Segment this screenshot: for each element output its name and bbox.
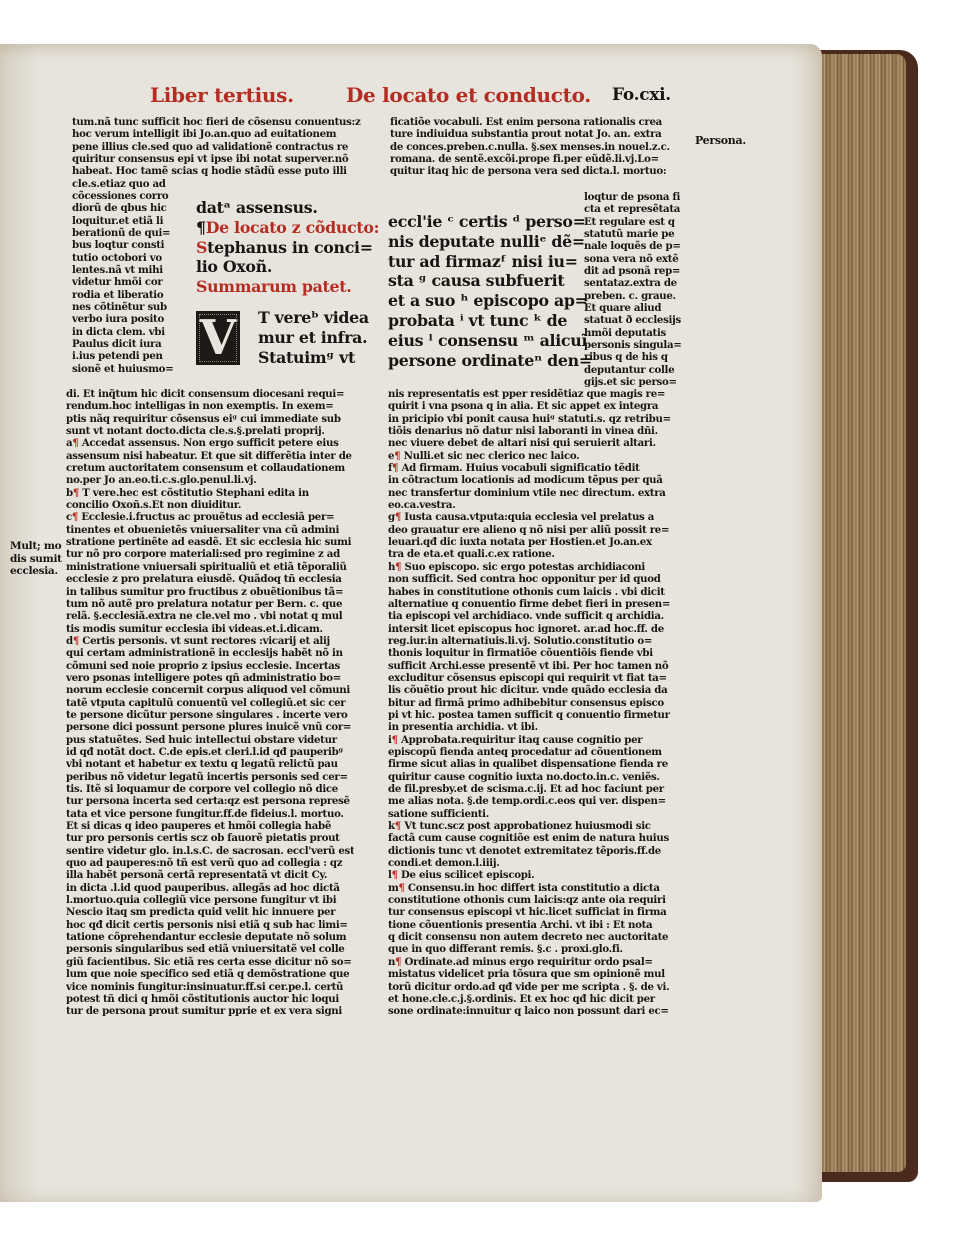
red-paragraph-mark-icon: ¶ (395, 511, 404, 523)
commentary-text: Consensu.in hoc differt ista constitutio… (408, 882, 660, 894)
commentary-line: ptis nãq requiritur cõsensus eiᵍ cui imm… (66, 413, 354, 425)
commentary-line: reg.iur.in alternatiuis.li.vj. Solutio.c… (388, 635, 671, 647)
commentary-line: cõmuni sed noie proprio z ipsius ecclesi… (66, 660, 354, 672)
commentary-line: in pricipio vbi ponit causa huiᵍ statuti… (388, 413, 671, 425)
commentary-left-column: di. Et inq̃tum hic dicit consensum dioce… (66, 388, 354, 1018)
commentary-line: firme sicut alias in qualibet dispensati… (388, 758, 671, 770)
gloss-line: cta et represẽtata (584, 203, 682, 215)
margin-note-line: Mult; mo (10, 540, 62, 553)
gloss-line: preben. c. graue. (584, 290, 682, 302)
commentary-line: tiõis denarius nõ datur nisi laboranti i… (388, 425, 671, 437)
commentary-text: Certis personis. vt sunt rectores :vicar… (82, 635, 330, 647)
main-text-after-initial: T vereᵇ videa mur et infra. Statuimᵍ vt (258, 308, 369, 367)
commentary-line: tione cõuentionis presentia Archi. vt ib… (388, 919, 671, 931)
commentary-text: Accedat assensus. Non ergo sufficit pete… (82, 437, 339, 449)
commentary-line: factã cum cause cognitiõe est enim de na… (388, 832, 671, 844)
commentary-line: peribus nõ videtur legatũ incertis perso… (66, 771, 354, 783)
commentary-line: illa habẽt personã certã representatã vt… (66, 869, 354, 881)
commentary-line: b¶ T vere.hec est cõstitutio Stephani ed… (66, 487, 354, 499)
commentary-text: Nulli.et sic nec clerico nec laico. (404, 450, 580, 462)
gloss-line: hoc verum intelligit ibi Jo.an.quo ad eu… (72, 128, 361, 140)
folio-number: Fo.cxi. (612, 82, 671, 108)
commentary-line: tatione cõprehendantur ecclesie deputate… (66, 931, 354, 943)
commentary-line: sunt vt notant docto.dicta cle.s.§.prela… (66, 425, 354, 437)
gloss-reference-letter: b (66, 487, 73, 499)
red-paragraph-mark-icon: ¶ (392, 734, 401, 746)
gloss-line: quitur itaq hic de persona vera sed dict… (390, 165, 670, 177)
commentary-line: tur pro personis certis scz ob fauorẽ pi… (66, 832, 354, 844)
text-line: eius ˡ consensu ᵐ alicuĩ (388, 331, 592, 351)
commentary-line: nis representatis est pper residẽtiaz qu… (388, 388, 671, 400)
commentary-line: non sufficit. Sed contra hoc opponitur p… (388, 573, 671, 585)
commentary-line: tis. Itẽ si loquamur de corpore vel coll… (66, 783, 354, 795)
gloss-line: habeat. Hoc tamẽ scias q hodie stãdũ ess… (72, 165, 361, 177)
text-line: lio Oxoñ. (196, 257, 379, 277)
gloss-line: ficatiõe vocabuli. Est enim persona rati… (390, 116, 670, 128)
commentary-line: giũ facientibus. Sic etiã res certa esse… (66, 956, 354, 968)
gloss-line: rodia et liberatio (72, 289, 173, 301)
commentary-line: l.mortuo.quia collegiũ vice persone fung… (66, 894, 354, 906)
commentary-text: Ad firmam. Huius vocabuli significatio t… (402, 462, 640, 474)
commentary-line: stratione pertinẽte ad easdẽ. Et sic ecc… (66, 536, 354, 548)
commentary-line: norum ecclesie concernit corpus aliquod … (66, 684, 354, 696)
red-paragraph-mark-icon: ¶ (392, 869, 401, 881)
text-line: sta ᵍ causa subfuerit (388, 271, 592, 291)
commentary-line: id qđ notãt doct. C.de epis.et cleri.l.i… (66, 746, 354, 758)
commentary-line: n¶ Ordinate.ad minus ergo requiritur ord… (388, 956, 671, 968)
commentary-line: lum que noie specifico sed etiã q demõst… (66, 968, 354, 980)
commentary-line: f¶ Ad firmam. Huius vocabuli significati… (388, 462, 671, 474)
commentary-line: vice nominis fungitur:insinuatur.ff.si c… (66, 981, 354, 993)
gloss-line: gijs.et sic perso= (584, 376, 682, 388)
commentary-line: c¶ Ecclesie.i.fructus ac prouẽtus ad ecc… (66, 511, 354, 523)
decorated-initial-v: V (193, 308, 243, 368)
commentary-line: e¶ Nulli.et sic nec clerico nec laico. (388, 450, 671, 462)
text-line: mur et infra. (258, 328, 369, 348)
summary-rubric: Summarum patet. (196, 277, 379, 297)
commentary-line: g¶ Iusta causa.vtputa:quia ecclesia vel … (388, 511, 671, 523)
red-paragraph-mark-icon: ¶ (72, 511, 81, 523)
commentary-line: in dicta .l.id quod pauperibus. allegãs … (66, 882, 354, 894)
commentary-line: intersit licet episcopus hoc ignoret. ar… (388, 623, 671, 635)
red-paragraph-mark-icon: ¶ (395, 956, 404, 968)
gloss-line: ture indiuidua substantia prout notat Jo… (390, 128, 670, 140)
commentary-line: et hone.cle.c.j.§.ordinis. Et ex hoc qđ … (388, 993, 671, 1005)
commentary-text: Iusta causa.vtputa:quia ecclesia vel pre… (404, 511, 654, 523)
text-line: tur ad firmazᶠ nisi iu= (388, 252, 592, 272)
commentary-line: quirit i vna psona q in alia. Et sic app… (388, 400, 671, 412)
commentary-line: cretum auctoritatem consensum et collaud… (66, 462, 354, 474)
commentary-line: tata et vice persone fungitur.ff.de fide… (66, 808, 354, 820)
commentary-line: eo.ca.vestra. (388, 499, 671, 511)
commentary-line: k¶ Vt tunc.scz post approbationez huiusm… (388, 820, 671, 832)
red-paragraph-mark-icon: ¶ (72, 437, 81, 449)
gloss-line: cõcessiones corro (72, 190, 173, 202)
commentary-line: habes in constitutione othonis cum laici… (388, 586, 671, 598)
commentary-line: tur persona incerta sed certa:qz est per… (66, 795, 354, 807)
commentary-line: Nescio itaq sm predicta quid velit hic i… (66, 906, 354, 918)
commentary-line: sone ordinate:innuitur q laico non possu… (388, 1005, 671, 1017)
commentary-line: potest tñ dici q hmõi cõstitutionis auct… (66, 993, 354, 1005)
commentary-line: in cõtractum locationis ad modicum tẽpus… (388, 474, 671, 486)
margin-note-line: ecclesia. (10, 565, 62, 578)
gloss-line: lentes.nã vt mihi (72, 264, 173, 276)
commentary-line: hoc qđ dicit certis personis nisi etiã q… (66, 919, 354, 931)
initial-ornament (199, 314, 237, 362)
commentary-text: Approbata.requiritur itaq cause cognitio… (401, 734, 642, 746)
rubric-title-line: ¶De locato z cõducto: (196, 218, 379, 238)
commentary-text: Vt tunc.scz post approbationez huiusmodi… (404, 820, 650, 832)
gloss-line: berationũ de qui= (72, 227, 173, 239)
commentary-line: de fil.presby.et de scisma.c.ij. Et ad h… (388, 783, 671, 795)
commentary-line: qui certam administrationẽ in ecclesijs … (66, 647, 354, 659)
gloss-line: in dicta clem. vbi (72, 326, 173, 338)
text-line: nis deputate nulliᵉ dẽ= (388, 232, 592, 252)
gloss-top-right: ficatiõe vocabuli. Est enim persona rati… (390, 116, 670, 178)
gloss-line: Paulus dicit iura (72, 338, 173, 350)
commentary-line: i¶ Approbata.requiritur itaq cause cogni… (388, 734, 671, 746)
gloss-line: diorũ de qbus hic (72, 202, 173, 214)
gloss-line: statuat ð ecclesijs (584, 314, 682, 326)
gloss-line: de conces.preben.c.nulla. §.sex menses.i… (390, 141, 670, 153)
commentary-text: Ordinate.ad minus ergo requiritur ordo p… (405, 956, 653, 968)
commentary-line: a¶ Accedat assensus. Non ergo sufficit p… (66, 437, 354, 449)
gloss-line: tum.nã tunc sufficit hoc fieri de cõsens… (72, 116, 361, 128)
gloss-line: loqtur de psona fi (584, 191, 682, 203)
commentary-line: sufficit Archi.esse presentẽ vt ibi. Per… (388, 660, 671, 672)
commentary-line: mistatus videlicet pria tõsura que sm op… (388, 968, 671, 980)
commentary-line: tra de eta.et quali.c.ex ratione. (388, 548, 671, 560)
commentary-line: nec viuere debet de altari nisi qui seru… (388, 437, 671, 449)
gloss-line: cle.s.etiaz quo ad (72, 178, 361, 190)
commentary-line: tum nõ autẽ pro prelatura notatur per Be… (66, 598, 354, 610)
commentary-line: leuari.qđ dic iuxta notata per Hostien.e… (388, 536, 671, 548)
text-line: tephanus in conci= (207, 238, 373, 257)
commentary-line: alternatiue q conuentio firme debet fier… (388, 598, 671, 610)
commentary-text: De eius scilicet episcopi. (401, 869, 534, 881)
red-paragraph-mark-icon: ¶ (73, 487, 82, 499)
commentary-line: di. Et inq̃tum hic dicit consensum dioce… (66, 388, 354, 400)
red-paragraph-mark-icon: ¶ (394, 450, 403, 462)
text-line: probata ⁱ vt tunc ᵏ de (388, 311, 592, 331)
running-title-left: Liber tertius. (150, 82, 294, 108)
gloss-right-narrow: loqtur de psona fi cta et represẽtata Et… (584, 191, 682, 389)
gloss-line: nale loquẽs de p= (584, 240, 682, 252)
red-paragraph-mark-icon: ¶ (73, 635, 82, 647)
commentary-line: quiritur cause cognitio iuxta no.docto.i… (388, 771, 671, 783)
margin-note-persona: Persona. (695, 135, 746, 148)
commentary-line: excluditur cõsensus episcopi qui requiri… (388, 672, 671, 684)
commentary-line: in talibus sumitur pro fructibus z obuẽt… (66, 586, 354, 598)
gloss-reference-letter: m (388, 882, 398, 894)
text-line: persone ordinateⁿ den= (388, 351, 592, 371)
commentary-text: Ecclesie.i.fructus ac prouẽtus ad eccles… (81, 511, 334, 523)
commentary-line: tatẽ vtputa capitulũ conuentũ vel colleg… (66, 697, 354, 709)
margin-note-ecclesia: Mult; mo dis sumit ecclesia. (10, 540, 62, 578)
gloss-line: tutio octobori vo (72, 252, 173, 264)
text-line: eccl'ie ᶜ certis ᵈ perso= (388, 212, 592, 232)
commentary-line: satione sufficienti. (388, 808, 671, 820)
commentary-line: ministratione vniuersali spiritualiũ et … (66, 561, 354, 573)
commentary-line: no.per Jo an.eo.ti.c.s.glo.penul.li.vj. (66, 474, 354, 486)
paragraph-mark-icon: ¶ (196, 218, 206, 237)
gloss-line: sentataz.extra de (584, 277, 682, 289)
commentary-right-column: nis representatis est pper residẽtiaz qu… (388, 388, 671, 1018)
gloss-reference-letter: k (388, 820, 395, 832)
gloss-line: hmõi deputatis (584, 327, 682, 339)
gloss-line: bus loqtur consti (72, 239, 173, 251)
gloss-line: pene illius cle.sed quo ad validationẽ c… (72, 141, 361, 153)
commentary-line: q dicit consensu non autem decreto nec a… (388, 931, 671, 943)
main-text-right: eccl'ie ᶜ certis ᵈ perso= nis deputate n… (388, 212, 592, 370)
commentary-line: torũ dicitur ordo.ad qđ vide per me scri… (388, 981, 671, 993)
gloss-left-narrow: cõcessiones corro diorũ de qbus hic loqu… (72, 190, 173, 375)
commentary-line: in presentia archidia. vt ibi. (388, 721, 671, 733)
red-paragraph-mark-icon: ¶ (392, 462, 401, 474)
commentary-line: que in quo differant remis. §.c . proxi.… (388, 943, 671, 955)
gloss-top-left: tum.nã tunc sufficit hoc fieri de cõsens… (72, 116, 361, 190)
commentary-line: nec transfertur dominium vtile nec direc… (388, 487, 671, 499)
commentary-text: Suo episcopo. sic ergo potestas archidia… (405, 561, 645, 573)
commentary-line: dictionis tunc vt denotet extremitatez t… (388, 845, 671, 857)
gloss-reference-letter: d (66, 635, 73, 647)
main-text-left: datᵃ assensus. ¶De locato z cõducto: Ste… (196, 198, 379, 297)
gloss-line: quiritur consensus epi vt ipse ibi notat… (72, 153, 361, 165)
commentary-line: quo ad pauperes:nõ tñ est verũ quo ad co… (66, 857, 354, 869)
commentary-line: thonis loquitur in firmatiõe cõuentiõis … (388, 647, 671, 659)
commentary-line: te persone dicũtur persone singulares . … (66, 709, 354, 721)
commentary-line: pi vt hic. postea tamen sufficit q conue… (388, 709, 671, 721)
commentary-line: condi.et demon.l.iiij. (388, 857, 671, 869)
margin-note-line: dis sumit (10, 553, 62, 566)
commentary-line: assensum nisi habeatur. Et que sit diffe… (66, 450, 354, 462)
author-line: Stephanus in conci= (196, 238, 379, 258)
running-title-center: De locato et conducto. (346, 82, 591, 108)
commentary-line: episcopũ fienda anteq procedatur ad cõue… (388, 746, 671, 758)
red-paragraph-mark-icon: ¶ (395, 561, 404, 573)
gloss-line: Et regulare est q (584, 216, 682, 228)
gloss-line: sionẽ et huiusmo= (72, 363, 173, 375)
red-paragraph-mark-icon: ¶ (398, 882, 407, 894)
commentary-line: d¶ Certis personis. vt sunt rectores :vi… (66, 635, 354, 647)
commentary-line: tis modis sumitur ecclesia ibi videas.et… (66, 623, 354, 635)
commentary-line: deo grauatur ere alieno q nõ nisi per al… (388, 524, 671, 536)
commentary-line: me alias nota. §.de temp.ordi.c.eos qui … (388, 795, 671, 807)
page-gutter-shadow (0, 44, 40, 1202)
gloss-line: Et quare aliud (584, 302, 682, 314)
commentary-line: bitur ad firmã primo adhibebitur consens… (388, 697, 671, 709)
commentary-line: tur consensus episcopi vt hic.licet suff… (388, 906, 671, 918)
commentary-line: relã. §.ecclesiã.extra ne cle.vel mo . v… (66, 610, 354, 622)
gloss-line: deputantur colle (584, 364, 682, 376)
commentary-line: Et si dicas q ideo pauperes et hmõi coll… (66, 820, 354, 832)
gloss-line: videtur hmõi cor (72, 276, 173, 288)
gloss-line: ribus q de his q (584, 351, 682, 363)
commentary-line: tur de persona prout sumitur pprie et ex… (66, 1005, 354, 1017)
commentary-line: l¶ De eius scilicet episcopi. (388, 869, 671, 881)
commentary-line: h¶ Suo episcopo. sic ergo potestas archi… (388, 561, 671, 573)
gloss-line: loquitur.et etiã li (72, 215, 173, 227)
commentary-line: persone dici possunt persone plures inui… (66, 721, 354, 733)
commentary-line: tia episcopi vel archidiaco. vnde suffic… (388, 610, 671, 622)
commentary-line: rendum.hoc intelligas in non exemptis. I… (66, 400, 354, 412)
rubric-title: De locato z cõducto: (206, 218, 379, 237)
commentary-line: sentire videtur glo. in.l.s.C. de sacros… (66, 845, 354, 857)
gloss-line: i.ius petendi pen (72, 350, 173, 362)
commentary-line: vbi notant et habetur ex textu q legatũ … (66, 758, 354, 770)
gloss-line: nes cõtinẽtur sub (72, 301, 173, 313)
gloss-line: dit ad psonã rep= (584, 265, 682, 277)
commentary-text: T vere.hec est cõstitutio Stephani edita… (82, 487, 309, 499)
gloss-line: sona vera nõ extẽ (584, 253, 682, 265)
commentary-line: vero psonas intelligere potes qñ adminis… (66, 672, 354, 684)
commentary-line: tur nõ pro corpore materiali:sed pro reg… (66, 548, 354, 560)
commentary-line: personis singularibus sed etiã vniuersit… (66, 943, 354, 955)
red-paragraph-mark-icon: ¶ (395, 820, 404, 832)
gloss-line: romana. de sentẽ.excõi.prope fi.per eũdẽ… (390, 153, 670, 165)
text-line: et a suo ʰ episcopo ap= (388, 291, 592, 311)
commentary-line: concilio Oxoñ.s.Et non diuiditur. (66, 499, 354, 511)
gloss-line: personis singula= (584, 339, 682, 351)
commentary-line: ecclesie z pro prelatura eiusdẽ. Quãdoq … (66, 573, 354, 585)
gloss-line: verbo iura posito (72, 313, 173, 325)
commentary-line: lis cõuẽtio prout hic dicitur. vnde quãd… (388, 684, 671, 696)
gloss-reference-letter: g (388, 511, 395, 523)
text-line: datᵃ assensus. (196, 198, 379, 218)
commentary-line: constitutione othonis cum laicis:qz ante… (388, 894, 671, 906)
red-initial-s: S (196, 238, 207, 257)
gloss-line: statutũ marie pe (584, 228, 682, 240)
commentary-line: tinentes et obuenietẽs vniuersaliter vna… (66, 524, 354, 536)
commentary-line: pus statuẽtes. Sed huic intellectui obst… (66, 734, 354, 746)
text-line: T vereᵇ videa (258, 308, 369, 328)
commentary-line: m¶ Consensu.in hoc differt ista constitu… (388, 882, 671, 894)
text-line: Statuimᵍ vt (258, 348, 369, 368)
